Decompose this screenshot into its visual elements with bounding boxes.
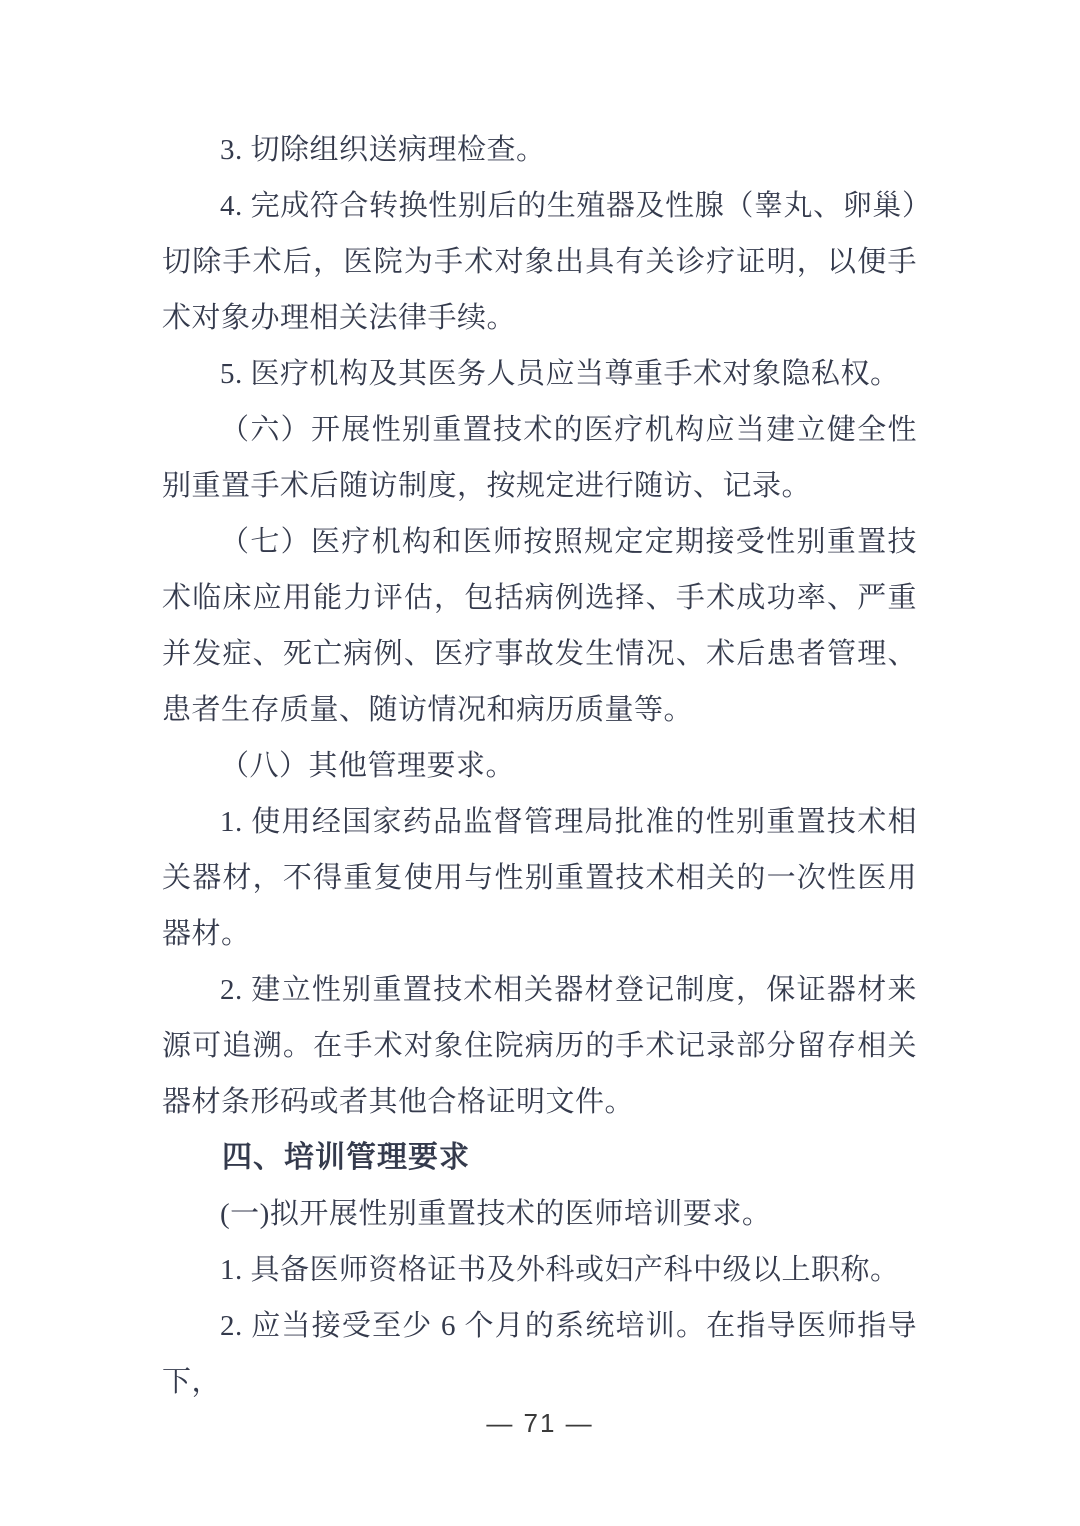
section-heading: 四、培训管理要求 xyxy=(162,1130,917,1186)
paragraph: （七）医疗机构和医师按照规定定期接受性别重置技术临床应用能力评估，包括病例选择、… xyxy=(162,514,917,738)
paragraph: 1. 具备医师资格证书及外科或妇产科中级以上职称。 xyxy=(162,1242,917,1298)
paragraph: 3. 切除组织送病理检查。 xyxy=(162,122,917,178)
paragraph: （八）其他管理要求。 xyxy=(162,738,917,794)
paragraph: （六）开展性别重置技术的医疗机构应当建立健全性别重置手术后随访制度，按规定进行随… xyxy=(162,402,917,514)
paragraph: 2. 建立性别重置技术相关器材登记制度，保证器材来源可追溯。在手术对象住院病历的… xyxy=(162,962,917,1130)
page-number: — 71 — xyxy=(486,1408,593,1439)
paragraph: 5. 医疗机构及其医务人员应当尊重手术对象隐私权。 xyxy=(162,346,917,402)
document-page: 3. 切除组织送病理检查。4. 完成符合转换性别后的生殖器及性腺（睾丸、卵巢）切… xyxy=(0,0,1080,1526)
paragraph: 2. 应当接受至少 6 个月的系统培训。在指导医师指导下， xyxy=(162,1298,917,1410)
paragraph: (一)拟开展性别重置技术的医师培训要求。 xyxy=(162,1186,917,1242)
document-body: 3. 切除组织送病理检查。4. 完成符合转换性别后的生殖器及性腺（睾丸、卵巢）切… xyxy=(0,0,1080,1410)
paragraph: 1. 使用经国家药品监督管理局批准的性别重置技术相关器材，不得重复使用与性别重置… xyxy=(162,794,917,962)
page-footer: — 71 — xyxy=(0,1408,1080,1439)
paragraph: 4. 完成符合转换性别后的生殖器及性腺（睾丸、卵巢）切除手术后，医院为手术对象出… xyxy=(162,178,917,346)
